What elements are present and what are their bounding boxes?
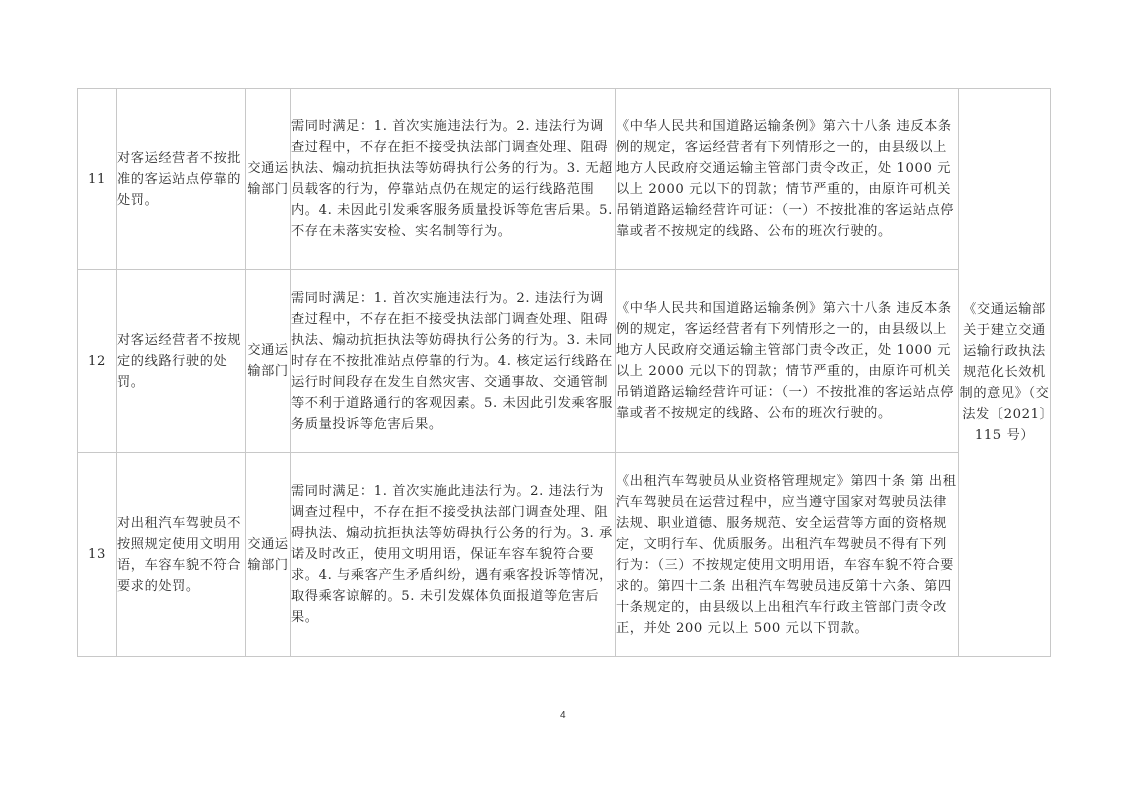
legal-basis: 《中华人民共和国道路运输条例》第六十八条 违反本条例的规定，客运经营者有下列情形… <box>616 89 959 270</box>
reference-document: 《交通运输部关于建立交通运输行政执法规范化长效机制的意见》（交法发〔2021〕1… <box>959 89 1051 657</box>
department: 交通运输部门 <box>246 270 291 453</box>
violation-item: 对客运经营者不按批准的客运站点停靠的处罚。 <box>117 89 246 270</box>
penalty-exemption-table: 11 对客运经营者不按批准的客运站点停靠的处罚。 交通运输部门 需同时满足：1.… <box>77 88 1051 657</box>
row-number: 13 <box>78 453 117 657</box>
violation-item: 对客运经营者不按规定的线路行驶的处罚。 <box>117 270 246 453</box>
department: 交通运输部门 <box>246 453 291 657</box>
exemption-conditions: 需同时满足：1. 首次实施此违法行为。2. 违法行为调查过程中，不存在拒不接受执… <box>291 453 616 657</box>
department: 交通运输部门 <box>246 89 291 270</box>
exemption-conditions: 需同时满足：1. 首次实施违法行为。2. 违法行为调查过程中，不存在拒不接受执法… <box>291 89 616 270</box>
table-row: 11 对客运经营者不按批准的客运站点停靠的处罚。 交通运输部门 需同时满足：1.… <box>78 89 1051 270</box>
row-number: 12 <box>78 270 117 453</box>
legal-basis: 《中华人民共和国道路运输条例》第六十八条 违反本条例的规定，客运经营者有下列情形… <box>616 270 959 453</box>
exemption-conditions: 需同时满足：1. 首次实施违法行为。2. 违法行为调查过程中，不存在拒不接受执法… <box>291 270 616 453</box>
page-number: 4 <box>560 710 566 721</box>
row-number: 11 <box>78 89 117 270</box>
legal-basis: 《出租汽车驾驶员从业资格管理规定》第四十条 第 出租汽车驾驶员在运营过程中，应当… <box>616 453 959 657</box>
table-row: 12 对客运经营者不按规定的线路行驶的处罚。 交通运输部门 需同时满足：1. 首… <box>78 270 1051 453</box>
table-row: 13 对出租汽车驾驶员不按照规定使用文明用语，车容车貌不符合要求的处罚。 交通运… <box>78 453 1051 657</box>
violation-item: 对出租汽车驾驶员不按照规定使用文明用语，车容车貌不符合要求的处罚。 <box>117 453 246 657</box>
